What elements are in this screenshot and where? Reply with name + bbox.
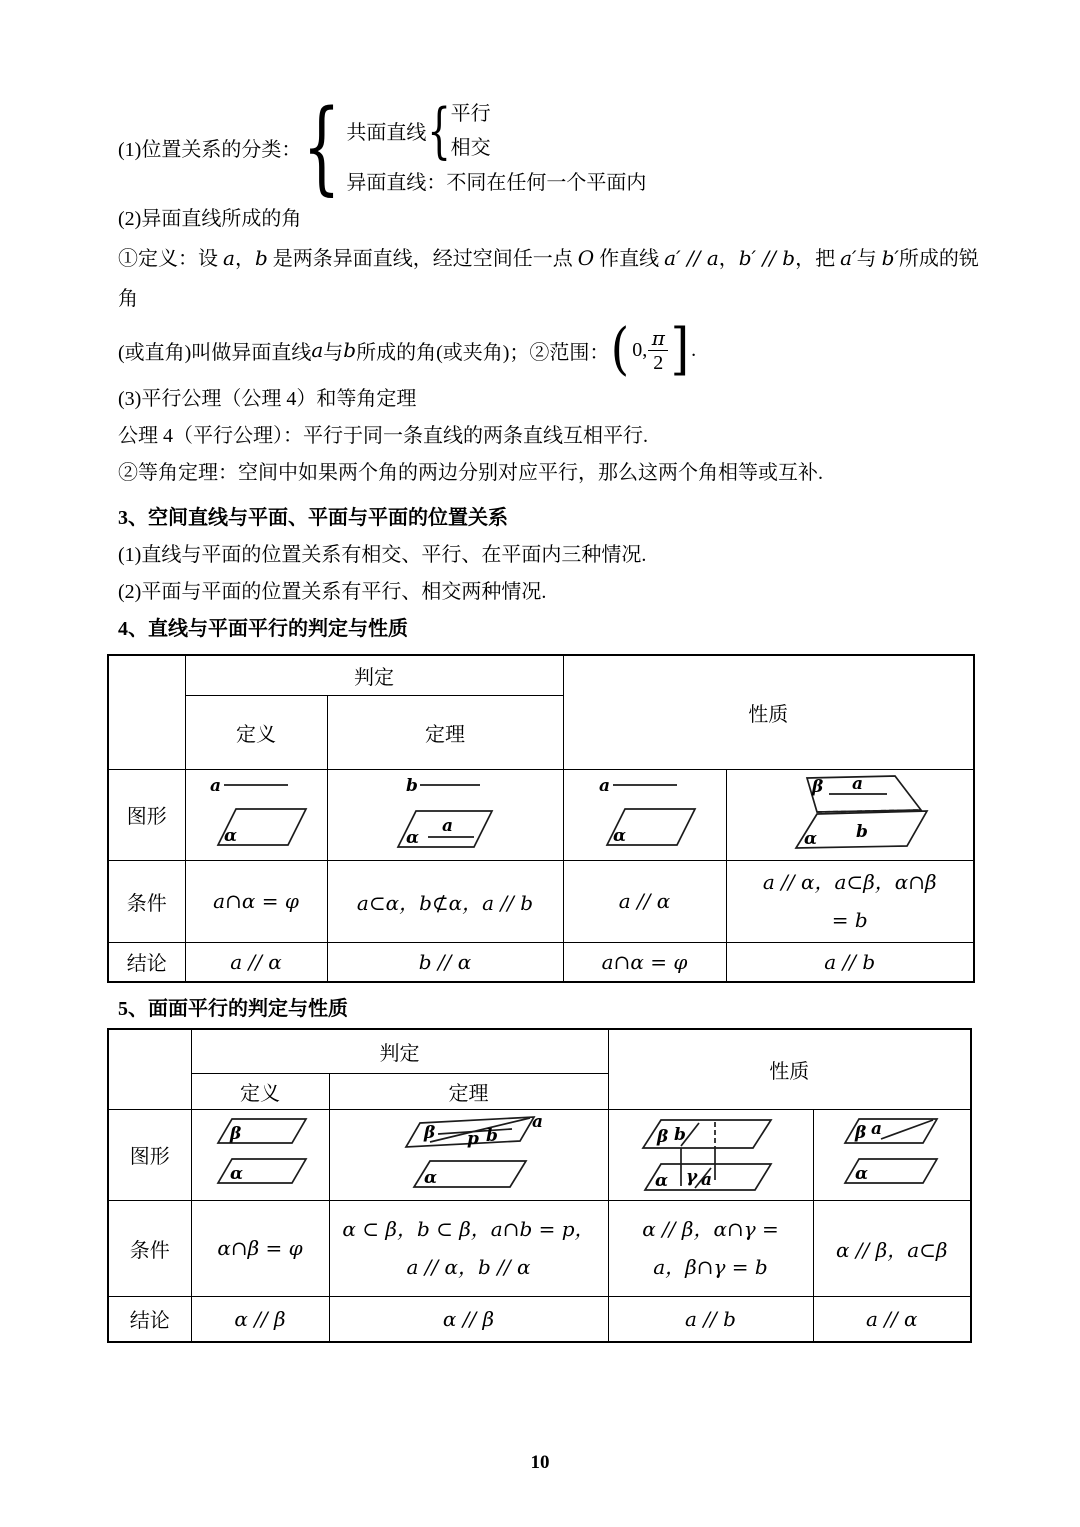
t1-concl-rowheader: 结论 — [108, 942, 185, 982]
t2-cond-4: α // β，a⊂β — [813, 1200, 971, 1296]
label-beta: β — [656, 1127, 668, 1147]
t2-figure-theorem: β p b a α — [329, 1109, 608, 1200]
text-seg: ①定义：设 — [118, 248, 223, 270]
label-beta: β — [811, 777, 823, 797]
t1-cond-4-line1: a // α，a⊂β，α∩β — [727, 863, 974, 901]
t2-cond-2: α ⊂ β，b ⊂ β，a∩b = p， a // α，b // α — [329, 1200, 608, 1296]
t2-figure-rowheader: 图形 — [108, 1109, 191, 1200]
t1-cond-4-line2: = b — [727, 901, 974, 939]
t2-figure-prop-2: β a α — [813, 1109, 971, 1200]
label-alpha: α — [224, 826, 237, 846]
page-number: 10 — [0, 1452, 1080, 1474]
figure-two-parallel-planes: β α — [204, 1111, 316, 1193]
t2-cond-3: α // β，α∩γ = a，β∩γ = b — [608, 1200, 813, 1296]
coplanar-label: 共面直线 — [346, 116, 426, 145]
skew-lines-note: 异面直线：不同在任何一个平面内 — [346, 168, 646, 198]
t2-figure-definition: β α — [191, 1109, 329, 1200]
coplanar-item-parallel: 平行 — [451, 97, 491, 131]
corner-cell — [108, 655, 185, 769]
fraction-numerator: π — [652, 326, 665, 350]
label-alpha: α — [424, 1168, 437, 1188]
classification-block: (1)位置关系的分类： { 共面直线 { 平行 相交 异面直线：不同在任何一个平… — [118, 95, 980, 199]
text-seg: 与 — [323, 336, 343, 365]
t1-figure-definition: a α — [185, 769, 327, 860]
coplanar-items: 平行 相交 — [451, 97, 491, 165]
text-seg: ， — [235, 248, 255, 270]
label-a: a — [852, 774, 863, 794]
math-b: b — [343, 338, 356, 362]
math-O: O — [578, 246, 594, 270]
text-seg: (或直角)叫做异面直线 — [118, 336, 311, 365]
t1-prop-header: 性质 — [563, 655, 974, 769]
section-5-title: 5、面面平行的判定与性质 — [118, 991, 980, 1028]
label-b: b — [406, 776, 418, 796]
t2-figure-prop-1: β b α γ a — [608, 1109, 813, 1200]
label-a: a — [442, 816, 453, 836]
figure-line-above-plane: a α — [196, 771, 316, 853]
coplanar-item-intersect: 相交 — [451, 131, 491, 165]
figure-line-above-plane: a α — [585, 771, 705, 853]
text-seg: 与 — [857, 248, 882, 270]
text-seg: 作直线 — [594, 248, 664, 270]
label-alpha: α — [406, 828, 419, 848]
axiom-section-title: (3)平行公理（公理 4）和等角定理 — [118, 381, 980, 418]
figure-two-planes-cut-by-third-plane: β b α γ a — [631, 1110, 791, 1194]
figure-line-above-plane-with-inner-line: b a α — [380, 771, 510, 853]
label-alpha: α — [230, 1164, 243, 1184]
t2-concl-3: a // b — [608, 1296, 813, 1342]
label-beta: β — [854, 1123, 866, 1143]
t2-concl-4: a // α — [813, 1296, 971, 1342]
t1-figure-prop-1: a α — [563, 769, 726, 860]
label-alpha: α — [655, 1171, 668, 1191]
t2-concl-1: α // β — [191, 1296, 329, 1342]
t2-cond-rowheader: 条件 — [108, 1200, 191, 1296]
label-beta: β — [423, 1123, 435, 1143]
label-a: a — [599, 776, 610, 796]
t1-cond-2: a⊂α，b⊄α，a // b — [327, 860, 563, 942]
figure-plane-with-line-over-plane: β a α — [831, 1111, 953, 1193]
t2-theorem-header: 定理 — [329, 1073, 608, 1109]
t2-concl-rowheader: 结论 — [108, 1296, 191, 1342]
line-plane-parallel-table: 判定 性质 定义 定理 图形 a α b a — [107, 654, 975, 983]
label-alpha: α — [855, 1164, 868, 1184]
corner-cell — [108, 1029, 191, 1109]
t1-judge-header: 判定 — [185, 655, 563, 695]
t2-cond-2-line2: a // α，b // α — [330, 1248, 608, 1286]
classification-label: (1)位置关系的分类： — [118, 133, 301, 162]
t1-concl-4: a // b — [726, 942, 974, 982]
document-page: (1)位置关系的分类： { 共面直线 { 平行 相交 异面直线：不同在任何一个平… — [0, 0, 1080, 1527]
skew-angle-range-line: (或直角)叫做异面直线 a 与 b 所成的角(或夹角)；②范围： ( 0, π … — [118, 319, 980, 381]
label-a: a — [532, 1112, 543, 1132]
t1-cond-3: a // α — [563, 860, 726, 942]
t2-cond-2-line1: α ⊂ β，b ⊂ β，a∩b = p， — [330, 1210, 608, 1248]
label-a: a — [871, 1119, 882, 1139]
axiom-4-line: 公理 4（平行公理）：平行于同一条直线的两条直线互相平行. — [118, 418, 980, 455]
math-a: a — [311, 338, 323, 362]
math-a-prime-parallel: a′ // a — [664, 246, 719, 270]
t1-concl-2: b // α — [327, 942, 563, 982]
open-paren: ( — [611, 322, 630, 378]
figure-plane-with-intersecting-lines-over-plane: β p b a α — [384, 1111, 554, 1193]
small-brace: { — [428, 101, 452, 161]
plane-plane-parallel-table: 判定 性质 定义 定理 图形 β α β — [107, 1028, 972, 1343]
coplanar-row: 共面直线 { 平行 相交 — [346, 97, 646, 165]
t2-cond-3-line2: a，β∩γ = b — [609, 1248, 813, 1286]
big-brace: { — [303, 97, 341, 198]
t2-concl-2: α // β — [329, 1296, 608, 1342]
t2-prop-header: 性质 — [608, 1029, 971, 1109]
label-a: a — [210, 776, 221, 796]
section-3-item-1: (1)直线与平面的位置关系有相交、平行、在平面内三种情况. — [118, 537, 980, 574]
text-seg: 所成的角(或夹角)；②范围： — [356, 336, 609, 365]
t2-definition-header: 定义 — [191, 1073, 329, 1109]
period: . — [691, 339, 696, 362]
t1-definition-header: 定义 — [185, 695, 327, 769]
t1-figure-prop-2: β a b α — [726, 769, 974, 860]
math-b: b — [255, 246, 268, 270]
math-b-prime: b′ — [882, 246, 899, 270]
range-zero: 0, — [632, 339, 647, 362]
close-bracket: ] — [671, 322, 690, 378]
text-seg: ，把 — [795, 248, 840, 270]
t1-concl-1: a // α — [185, 942, 327, 982]
t1-cond-1: a∩α = φ — [185, 860, 327, 942]
t1-figure-rowheader: 图形 — [108, 769, 185, 860]
skew-angle-definition: ①定义：设 a，b 是两条异面直线，经过空间任一点 O 作直线 a′ // a，… — [118, 238, 980, 319]
pi-over-2-fraction: π 2 — [648, 326, 668, 375]
text-seg: ， — [719, 248, 739, 270]
section-4-title: 4、直线与平面平行的判定与性质 — [118, 611, 980, 648]
t1-theorem-header: 定理 — [327, 695, 563, 769]
section-3-item-2: (2)平面与平面的位置关系有平行、相交两种情况. — [118, 574, 980, 611]
classification-body: 共面直线 { 平行 相交 异面直线：不同在任何一个平面内 — [346, 97, 646, 198]
skew-angle-title: (2)异面直线所成的角 — [118, 201, 980, 238]
math-a: a — [223, 246, 235, 270]
math-a-prime: a′ — [840, 246, 856, 270]
t1-figure-theorem: b a α — [327, 769, 563, 860]
equal-angle-theorem-line: ②等角定理：空间中如果两个角的两边分别对应平行，那么这两个角相等或互补. — [118, 455, 980, 492]
t2-cond-1: α∩β = φ — [191, 1200, 329, 1296]
t2-cond-3-line1: α // β，α∩γ = — [609, 1210, 813, 1248]
t1-concl-3: a∩α = φ — [563, 942, 726, 982]
figure-intersecting-planes: β a b α — [762, 770, 937, 854]
text-seg: 是两条异面直线，经过空间任一点 — [268, 248, 578, 270]
label-b: b — [486, 1126, 498, 1146]
label-b: b — [856, 822, 868, 842]
label-p: p — [467, 1129, 479, 1149]
label-gamma: γ — [686, 1167, 698, 1187]
t1-cond-rowheader: 条件 — [108, 860, 185, 942]
math-b-prime-parallel: b′ // b — [739, 246, 795, 270]
t1-cond-4: a // α，a⊂β，α∩β = b — [726, 860, 974, 942]
t2-judge-header: 判定 — [191, 1029, 608, 1073]
fraction-denominator: 2 — [648, 350, 668, 375]
label-alpha: α — [804, 829, 817, 849]
label-alpha: α — [613, 826, 626, 846]
section-3-title: 3、空间直线与平面、平面与平面的位置关系 — [118, 500, 980, 537]
label-beta: β — [229, 1124, 241, 1144]
